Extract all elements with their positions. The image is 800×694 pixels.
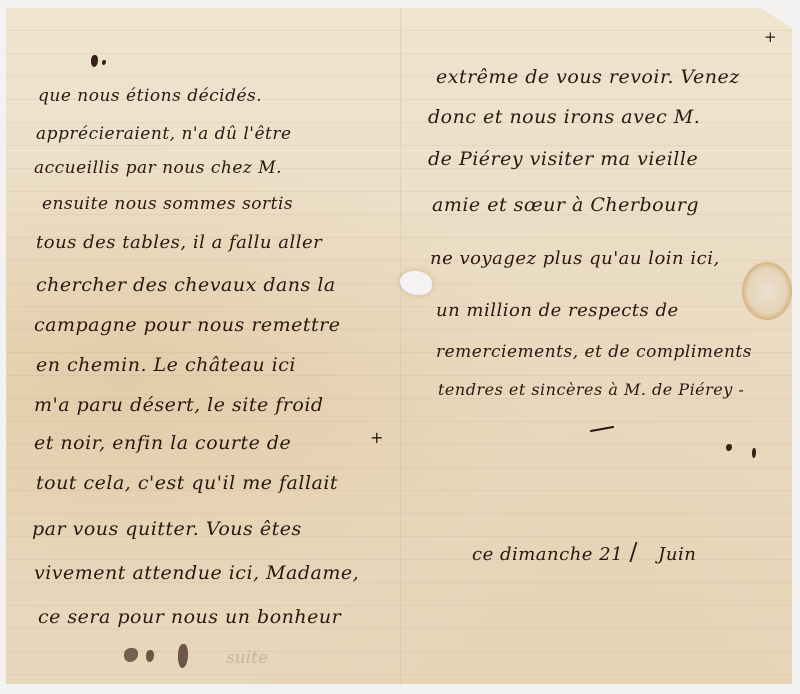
letter-line: vivement attendue ici, Madame,	[34, 562, 359, 584]
date-slash: /	[629, 538, 638, 566]
ink-blot	[102, 60, 106, 65]
ink-smudge	[146, 650, 154, 662]
ink-smudge	[178, 644, 188, 668]
letter-line: m'a paru désert, le site froid	[34, 394, 324, 416]
letter-line: tous des tables, il a fallu aller	[36, 232, 322, 253]
ink-blot	[752, 448, 756, 458]
letter-line: tendres et sincères à M. de Piérey -	[438, 380, 744, 399]
right-page: + extrême de vous revoir. Venez donc et …	[402, 8, 792, 684]
letter-line: extrême de vous revoir. Venez	[436, 66, 740, 88]
flourish-stroke	[590, 426, 614, 432]
bleed-through-text: suite	[226, 648, 268, 668]
letter-line: que nous étions décidés.	[38, 86, 262, 106]
paper-stain	[742, 262, 792, 320]
letter-line: chercher des chevaux dans la	[36, 274, 336, 296]
letter-line: donc et nous irons avec M.	[428, 106, 700, 128]
corner-mark: +	[764, 28, 777, 46]
closing-day: ce dimanche 21	[472, 544, 623, 565]
letter-line: ne voyagez plus qu'au loin ici,	[430, 248, 720, 269]
closing-month: Juin	[658, 544, 696, 565]
letter-line: et noir, enfin la courte de	[34, 432, 291, 454]
ink-blot	[91, 55, 98, 67]
letter-line: tout cela, c'est qu'il me fallait	[36, 472, 338, 494]
letter-line: campagne pour nous remettre	[34, 314, 341, 336]
letter-line: amie et sœur à Cherbourg	[432, 194, 699, 216]
letter-line: accueillis par nous chez M.	[34, 158, 282, 178]
letter-line: un million de respects de	[436, 300, 679, 321]
letter-sheet: que nous étions décidés. apprécieraient,…	[6, 8, 792, 684]
letter-line: en chemin. Le château ici	[36, 354, 296, 376]
letter-line: ce sera pour nous un bonheur	[38, 606, 341, 628]
ink-blot	[726, 444, 732, 451]
left-page: que nous étions décidés. apprécieraient,…	[6, 8, 400, 684]
letter-line: de Piérey visiter ma vieille	[428, 148, 698, 170]
letter-line: remerciements, et de compliments	[436, 342, 752, 362]
letter-line: par vous quitter. Vous êtes	[32, 518, 302, 540]
ink-smudge	[124, 648, 138, 662]
closing-date: ce dimanche 21 / Juin	[472, 538, 696, 566]
letter-line: ensuite nous sommes sortis	[42, 194, 293, 214]
letter-line: apprécieraient, n'a dû l'être	[36, 124, 292, 144]
margin-mark: +	[370, 428, 383, 447]
